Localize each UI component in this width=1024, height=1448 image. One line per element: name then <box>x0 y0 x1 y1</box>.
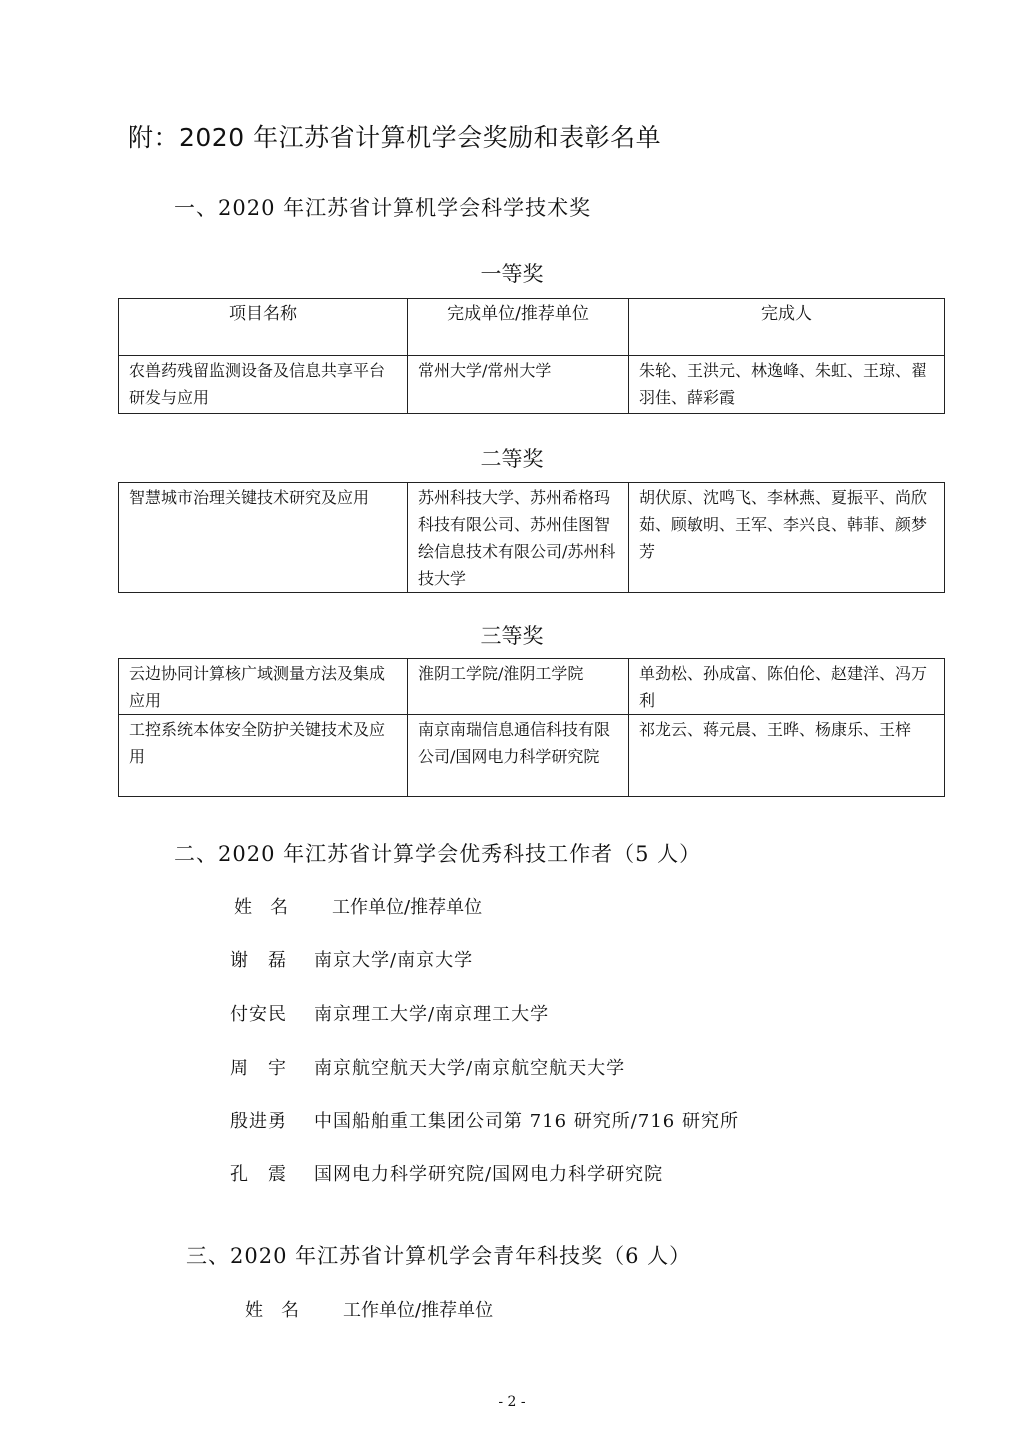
section2-list-header: 姓 名工作单位/推荐单位 <box>234 893 482 919</box>
person-unit: 国网电力科学研究院/国网电力科学研究院 <box>314 1164 663 1185</box>
section3-list-header: 姓 名工作单位/推荐单位 <box>245 1296 493 1322</box>
table-row: 工控系统本体安全防护关键技术及应用 南京南瑞信息通信科技有限公司/国网电力科学研… <box>119 715 945 797</box>
header-name: 姓 名 <box>234 893 332 919</box>
header-unit: 工作单位/推荐单位 <box>332 897 482 918</box>
header-unit: 工作单位/推荐单位 <box>343 1300 493 1321</box>
cell-unit: 常州大学/常州大学 <box>408 356 629 414</box>
third-prize-title: 三等奖 <box>0 620 1024 650</box>
person-unit: 南京理工大学/南京理工大学 <box>314 1004 549 1025</box>
header-name: 姓 名 <box>245 1296 343 1322</box>
person-name: 付安民 <box>230 1000 314 1026</box>
section3-title: 三、2020 年江苏省计算机学会青年科技奖（6 人） <box>186 1240 691 1270</box>
column-header-people: 完成人 <box>629 299 945 356</box>
cell-project: 智慧城市治理关键技术研究及应用 <box>119 483 408 593</box>
list-item: 殷进勇中国船舶重工集团公司第 716 研究所/716 研究所 <box>230 1107 739 1133</box>
person-unit: 南京航空航天大学/南京航空航天大学 <box>314 1058 625 1079</box>
cell-people: 胡伏原、沈鸣飞、李林燕、夏振平、尚欣茹、顾敏明、王军、李兴良、韩菲、颜梦芳 <box>629 483 945 593</box>
person-unit: 中国船舶重工集团公司第 716 研究所/716 研究所 <box>314 1111 739 1132</box>
table-row: 农兽药残留监测设备及信息共享平台研发与应用 常州大学/常州大学 朱轮、王洪元、林… <box>119 356 945 414</box>
person-name: 周 宇 <box>230 1054 314 1080</box>
page-number: - 2 - <box>0 1394 1024 1410</box>
table-row: 智慧城市治理关键技术研究及应用 苏州科技大学、苏州希格玛科技有限公司、苏州佳图智… <box>119 483 945 593</box>
main-title: 附：2020 年江苏省计算机学会奖励和表彰名单 <box>128 118 661 154</box>
table-header-row: 项目名称 完成单位/推荐单位 完成人 <box>119 299 945 356</box>
column-header-unit: 完成单位/推荐单位 <box>408 299 629 356</box>
list-item: 周 宇南京航空航天大学/南京航空航天大学 <box>230 1054 625 1080</box>
cell-people: 祁龙云、蒋元晨、王晔、杨康乐、王梓 <box>629 715 945 797</box>
cell-unit: 南京南瑞信息通信科技有限公司/国网电力科学研究院 <box>408 715 629 797</box>
person-name: 殷进勇 <box>230 1107 314 1133</box>
cell-project: 工控系统本体安全防护关键技术及应用 <box>119 715 408 797</box>
table-row: 云边协同计算核广域测量方法及集成应用 淮阴工学院/淮阴工学院 单劲松、孙成富、陈… <box>119 659 945 715</box>
first-prize-title: 一等奖 <box>0 258 1024 288</box>
second-prize-title: 二等奖 <box>0 443 1024 473</box>
person-unit: 南京大学/南京大学 <box>314 950 473 971</box>
cell-unit: 苏州科技大学、苏州希格玛科技有限公司、苏州佳图智绘信息技术有限公司/苏州科技大学 <box>408 483 629 593</box>
cell-people: 朱轮、王洪元、林逸峰、朱虹、王琼、翟羽佳、薛彩霞 <box>629 356 945 414</box>
cell-unit: 淮阴工学院/淮阴工学院 <box>408 659 629 715</box>
list-item: 付安民南京理工大学/南京理工大学 <box>230 1000 549 1026</box>
third-prize-table: 云边协同计算核广域测量方法及集成应用 淮阴工学院/淮阴工学院 单劲松、孙成富、陈… <box>118 658 945 797</box>
person-name: 谢 磊 <box>230 946 314 972</box>
list-item: 孔 震国网电力科学研究院/国网电力科学研究院 <box>230 1160 663 1186</box>
cell-project: 云边协同计算核广域测量方法及集成应用 <box>119 659 408 715</box>
list-item: 谢 磊南京大学/南京大学 <box>230 946 473 972</box>
second-prize-table: 智慧城市治理关键技术研究及应用 苏州科技大学、苏州希格玛科技有限公司、苏州佳图智… <box>118 482 945 593</box>
person-name: 孔 震 <box>230 1160 314 1186</box>
column-header-project: 项目名称 <box>119 299 408 356</box>
cell-people: 单劲松、孙成富、陈伯伦、赵建洋、冯万利 <box>629 659 945 715</box>
section1-title: 一、2020 年江苏省计算机学会科学技术奖 <box>174 192 591 222</box>
section2-title: 二、2020 年江苏省计算学会优秀科技工作者（5 人） <box>174 838 701 868</box>
cell-project: 农兽药残留监测设备及信息共享平台研发与应用 <box>119 356 408 414</box>
first-prize-table: 项目名称 完成单位/推荐单位 完成人 农兽药残留监测设备及信息共享平台研发与应用… <box>118 298 945 414</box>
